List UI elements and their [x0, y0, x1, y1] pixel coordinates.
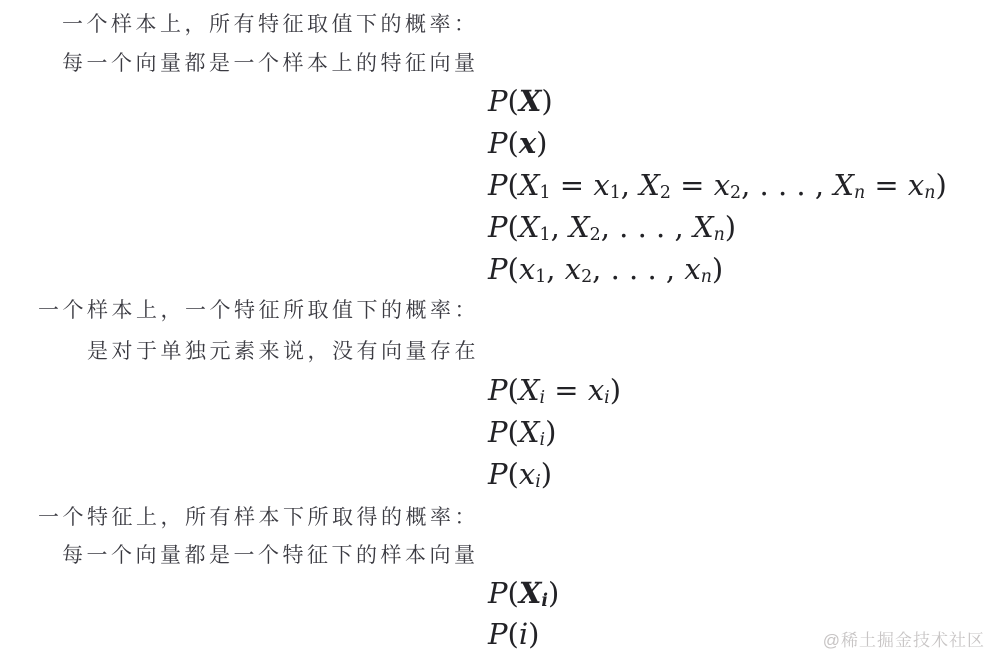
section3-heading: 一个特征上，所有样本下所取得的概率：	[38, 507, 479, 528]
formula-p-x-lower-bold: P(x)	[488, 122, 947, 164]
section1-formulas: P(X) P(x) P(X1 = x1, X2 = x2, . . . , Xn…	[488, 80, 947, 290]
formula-p-x-bold: P(X)	[488, 80, 947, 122]
formula-p-x1-to-xn: P(X1, X2, . . . , Xn)	[488, 206, 947, 248]
formula-p-xi-eq-xi: P(Xi = xi)	[488, 369, 621, 411]
notes-page: 一个样本上，所有特征取值下的概率： 每一个向量都是一个样本上的特征向量 P(X)…	[0, 0, 1007, 666]
section3-formulas: P(Xi) P(i)	[488, 573, 559, 655]
section2-note: 是对于单独元素来说，没有向量存在	[87, 341, 479, 362]
formula-p-i: P(i)	[488, 614, 559, 655]
formula-p-x1-eq-x1-to-xn: P(X1 = x1, X2 = x2, . . . , Xn = xn)	[488, 164, 947, 206]
section2-heading: 一个样本上，一个特征所取值下的概率：	[38, 300, 479, 321]
formula-p-xi-lower: P(xi)	[488, 453, 621, 495]
formula-p-xi: P(Xi)	[488, 411, 621, 453]
formula-p-xi-bold: P(Xi)	[488, 573, 559, 614]
formula-p-x1-lower-to-xn: P(x1, x2, . . . , xn)	[488, 248, 947, 290]
watermark: @稀土掘金技术社区	[823, 626, 985, 651]
section3-note: 每一个向量都是一个特征下的样本向量	[62, 545, 479, 566]
section2-formulas: P(Xi = xi) P(Xi) P(xi)	[488, 369, 621, 495]
section1-heading: 一个样本上，所有特征取值下的概率：	[62, 14, 479, 35]
section1-note: 每一个向量都是一个样本上的特征向量	[62, 53, 479, 74]
